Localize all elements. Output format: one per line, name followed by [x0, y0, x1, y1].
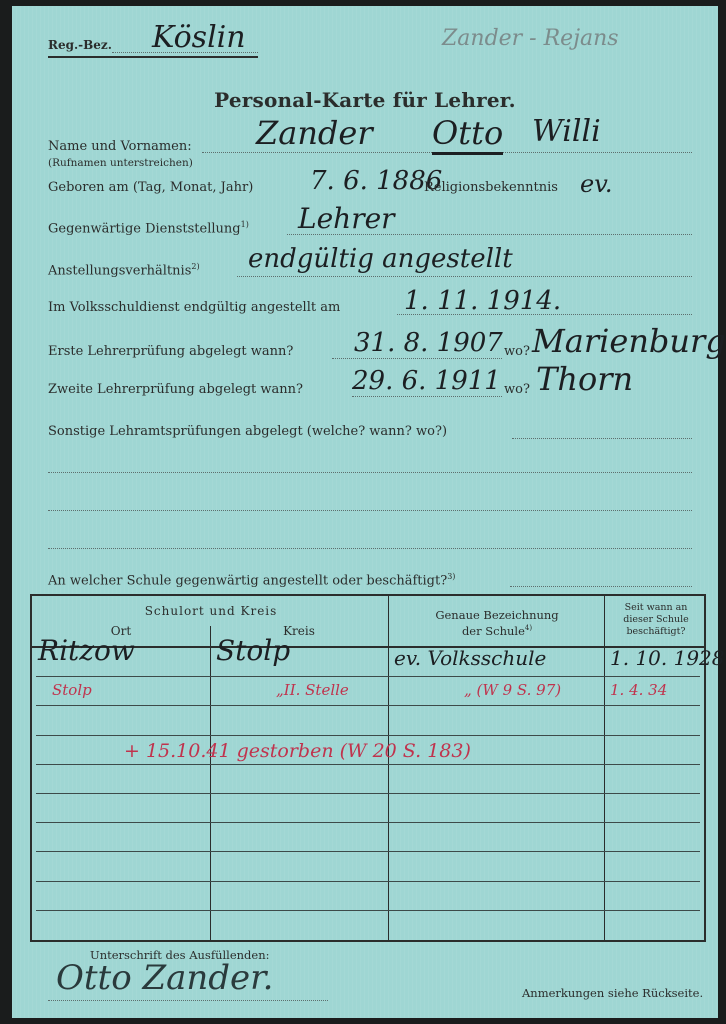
pencil-note: Zander - Rejans: [442, 26, 619, 51]
born-label: Geboren am (Tag, Monat, Jahr): [48, 180, 253, 195]
table-col-seit-line3: beschäftigt?: [626, 626, 685, 637]
employment-value: endgültig angestellt: [248, 244, 513, 274]
employment-label: Anstellungsverhältnis2): [48, 262, 200, 278]
table-cell-seit: 1. 4. 34: [610, 681, 704, 699]
religion-label: Religionsbekenntnis: [424, 180, 558, 195]
other-exams-dotted-line-4: [48, 548, 692, 549]
school-question-label: An welcher Schule gegenwärtig angestellt…: [48, 572, 455, 588]
employment-dotted-line: [237, 276, 692, 277]
born-value: 7. 6. 1886: [310, 166, 442, 196]
first-exam-label: Erste Lehrerprüfung abgelegt wann?: [48, 344, 293, 359]
regbez-value: Köslin: [152, 20, 246, 55]
given-name-other: Willi: [532, 114, 601, 149]
other-exams-label: Sonstige Lehramtsprüfungen abgelegt (wel…: [48, 424, 447, 439]
signature-value: Otto Zander.: [56, 958, 273, 998]
table-group-header: Schulort und Kreis: [32, 604, 390, 618]
regbez-underline: [48, 56, 258, 58]
table-col-seit-line1: Seit wann an: [625, 602, 688, 613]
personnel-card: Reg.-Bez. Köslin Zander - Rejans Persona…: [12, 6, 718, 1018]
first-exam-dotted-line: [332, 358, 502, 359]
name-sublabel: (Rufnamen unterstreichen): [48, 157, 193, 169]
table-row: [32, 911, 704, 940]
second-exam-value: 29. 6. 1911: [352, 366, 501, 396]
employment-label-text: Anstellungsverhältnis: [48, 263, 191, 278]
table-row: Stolp„II. Stelle„ (W 9 S. 97)1. 4. 34: [32, 677, 704, 706]
school-question-label-text: An welcher Schule gegenwärtig angestellt…: [48, 573, 447, 588]
table-cell-kreis: Stolp: [216, 634, 386, 667]
table-row: [32, 882, 704, 911]
first-exam-where-value: Marienburg: [532, 322, 726, 360]
table-cell-ort: Stolp: [38, 681, 222, 699]
position-label-text: Gegenwärtige Dienststellung: [48, 221, 241, 236]
table-row: [32, 706, 704, 735]
permanent-value: 1. 11. 1914.: [404, 286, 561, 316]
school-question-dotted-line: [510, 586, 692, 587]
table-cell-ort: Ritzow: [38, 634, 208, 667]
second-exam-dotted-line: [352, 396, 502, 397]
signature-dotted-line: [48, 1000, 328, 1001]
table-row: RitzowStolpev. Volksschule1. 10. 1928: [32, 648, 704, 677]
first-exam-where-label: wo?: [504, 344, 530, 359]
position-value: Lehrer: [298, 202, 395, 235]
name-label: Name und Vornamen:: [48, 139, 192, 154]
table-cell-seit: 1. 10. 1928: [610, 646, 704, 670]
other-exams-dotted-line-2: [48, 472, 692, 473]
table-row: [32, 823, 704, 852]
position-footnote: 1): [241, 220, 249, 229]
school-question-footnote: 3): [447, 572, 455, 581]
employment-footnote: 2): [191, 262, 199, 271]
table-row: [32, 765, 704, 794]
regbez-label: Reg.-Bez.: [48, 38, 112, 52]
other-exams-dotted-line-1: [512, 438, 692, 439]
surname-value: Zander: [256, 114, 373, 152]
table-cell-bezeichnung: ev. Volksschule: [394, 646, 602, 670]
second-exam-label: Zweite Lehrerprüfung abgelegt wann?: [48, 382, 303, 397]
card-title: Personal-Karte für Lehrer.: [12, 88, 718, 112]
table-col-bezeichnung-footnote: 4): [525, 624, 532, 632]
second-exam-where-value: Thorn: [536, 360, 633, 398]
school-table: Schulort und Kreis Ort Kreis Genaue Beze…: [30, 594, 706, 942]
second-exam-where-label: wo?: [504, 382, 530, 397]
religion-value: ev.: [580, 170, 613, 198]
table-header-subdivider: [210, 626, 211, 646]
position-label: Gegenwärtige Dienststellung1): [48, 220, 249, 236]
footer-note: Anmerkungen siehe Rückseite.: [522, 986, 703, 1000]
table-col-bezeichnung-text: der Schule: [462, 624, 525, 638]
death-note: + 15.10.41 gestorben (W 20 S. 183): [124, 740, 471, 762]
table-col-seit-line2: dieser Schule: [623, 614, 689, 625]
first-exam-value: 31. 8. 1907: [354, 328, 503, 358]
given-name-underlined: Otto: [432, 114, 503, 155]
table-row: [32, 852, 704, 881]
other-exams-dotted-line-3: [48, 510, 692, 511]
table-col-bezeichnung-line2: der Schule4): [390, 624, 604, 638]
permanent-label: Im Volksschuldienst endgültig angestellt…: [48, 300, 340, 315]
table-col-bezeichnung-line1: Genaue Bezeichnung: [390, 608, 604, 622]
table-row: [32, 794, 704, 823]
table-col-seit: Seit wann an dieser Schule beschäftigt?: [606, 602, 706, 638]
